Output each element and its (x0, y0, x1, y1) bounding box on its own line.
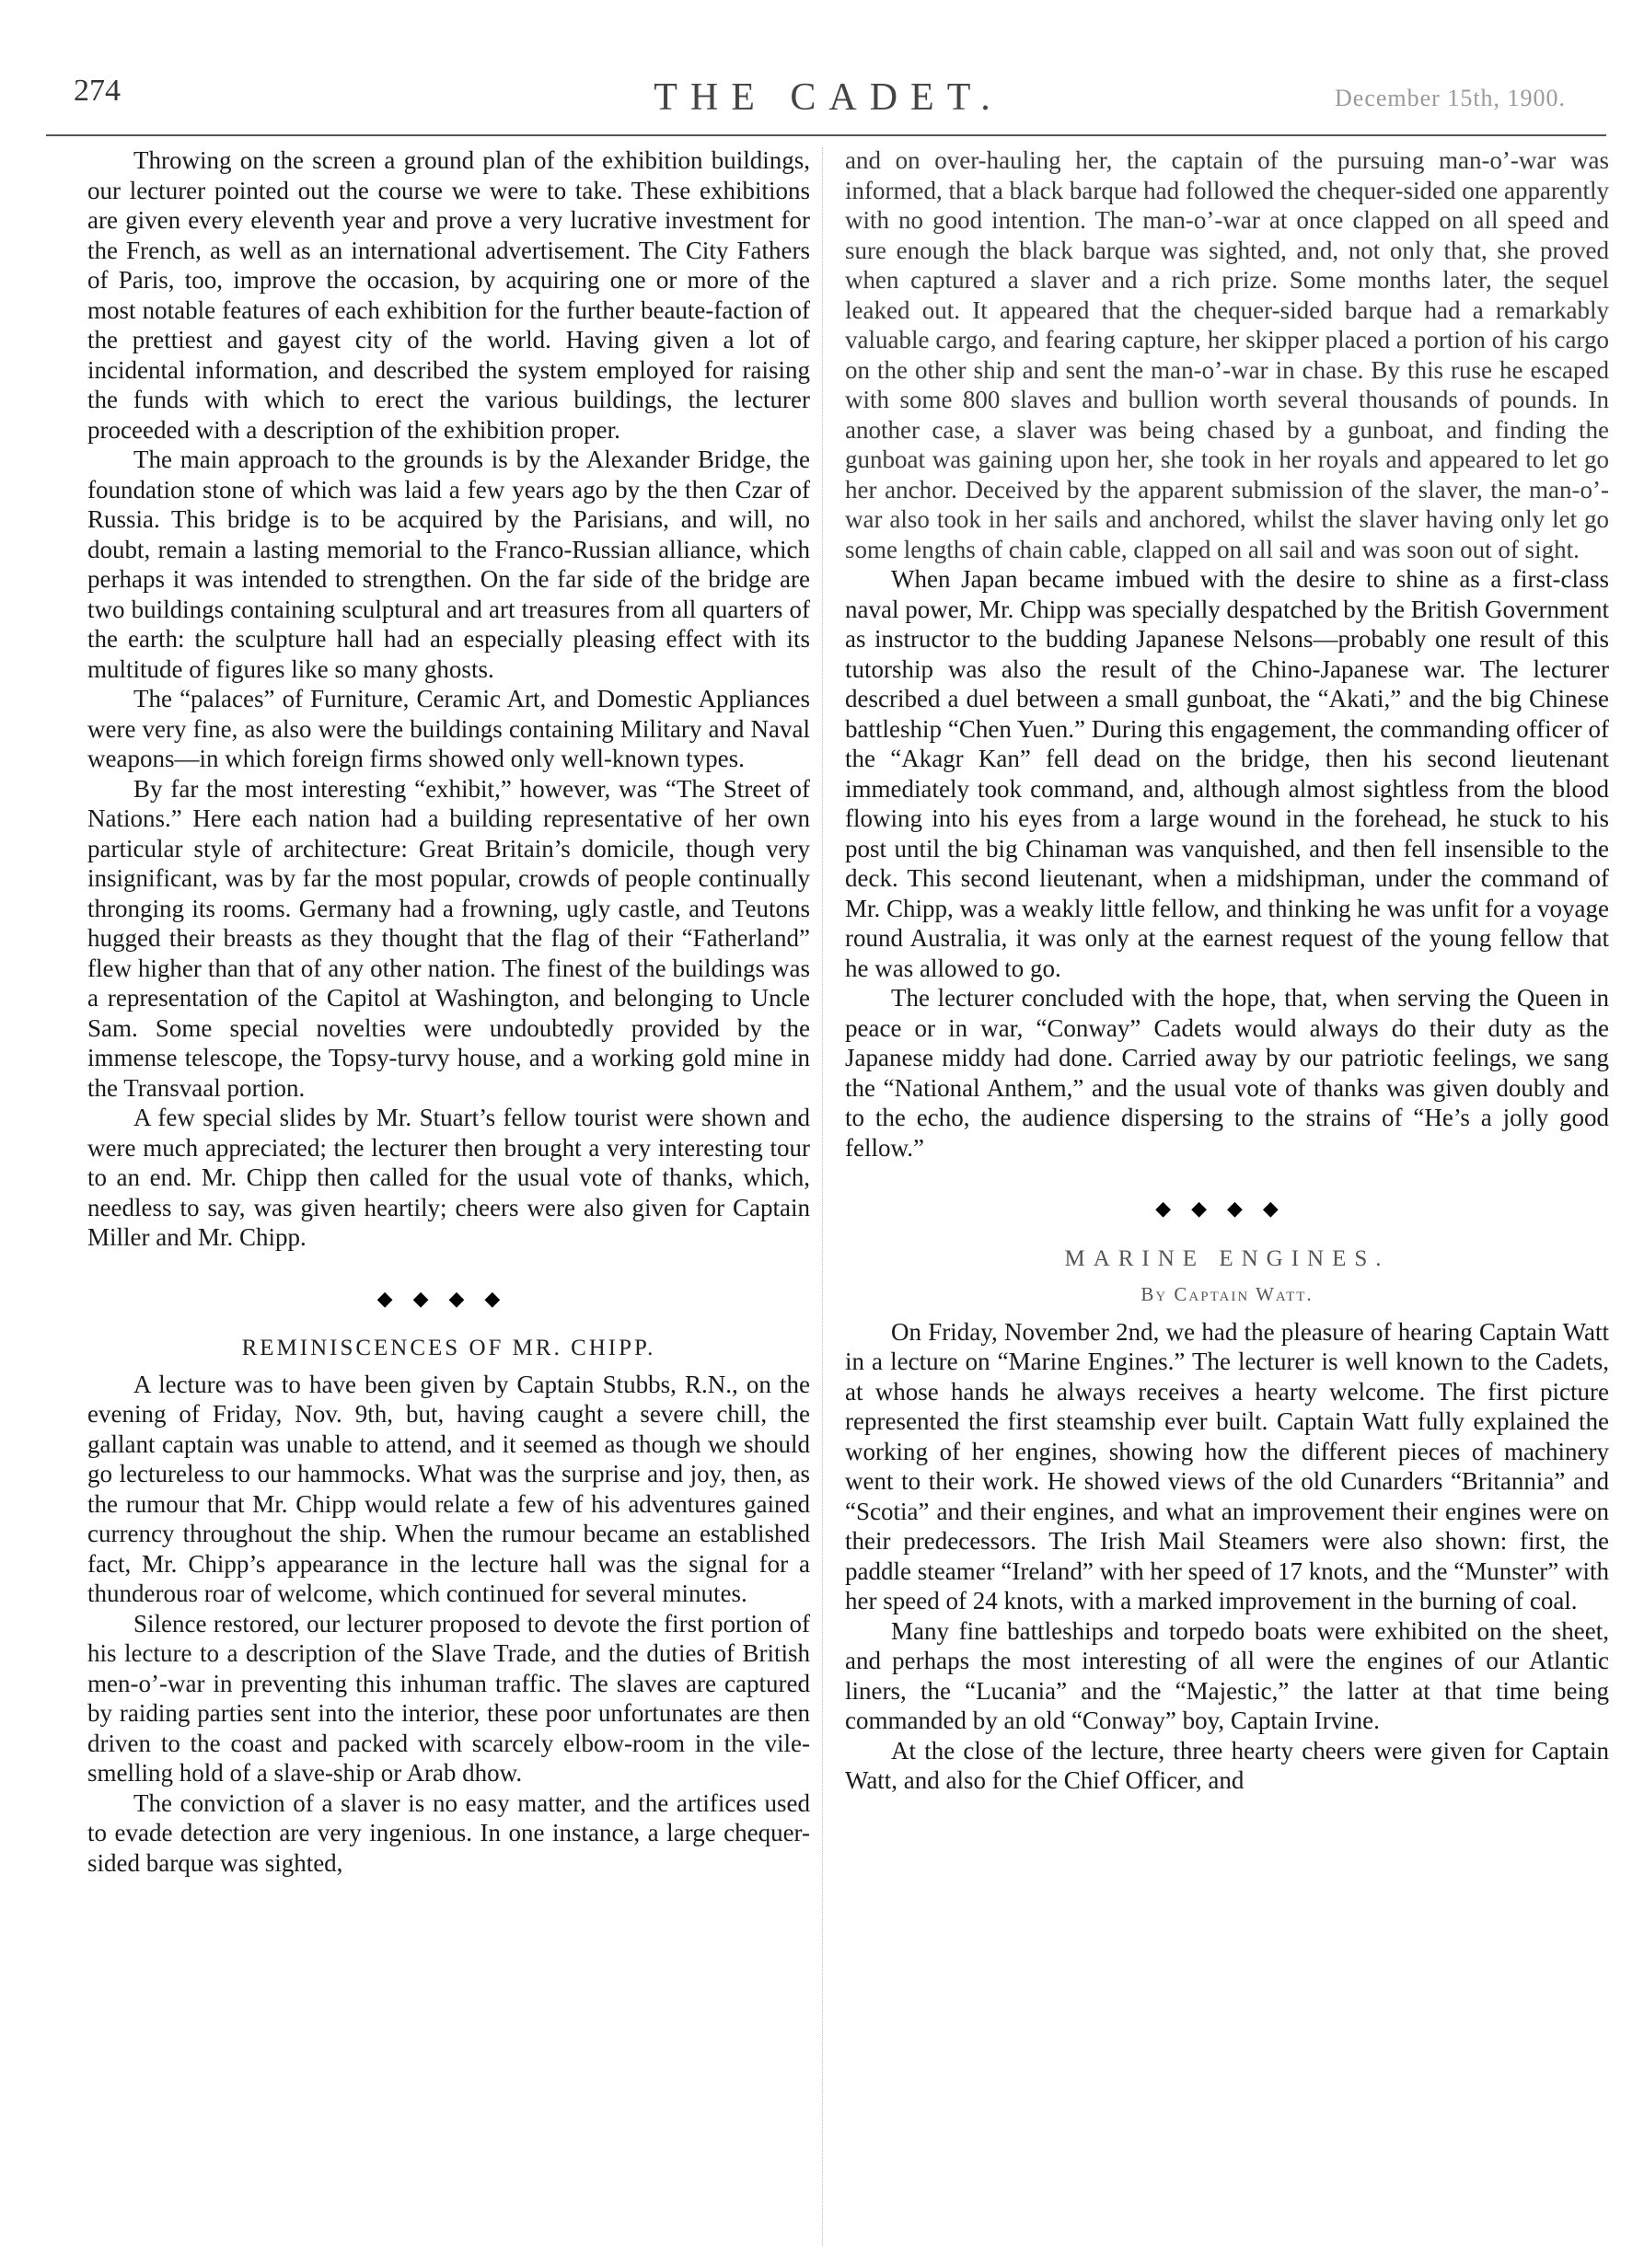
header-rule (46, 134, 1606, 136)
paragraph: Silence restored, our lecturer proposed … (87, 1609, 810, 1788)
paragraph: The conviction of a slaver is no easy ma… (87, 1788, 810, 1879)
paragraph: The main approach to the grounds is by t… (87, 445, 810, 684)
paragraph: On Friday, November 2nd, we had the plea… (845, 1317, 1609, 1616)
article-paris-exhibition: Throwing on the screen a ground plan of … (87, 145, 810, 1253)
article-reminiscences-continued: and on over-hauling her, the captain of … (845, 145, 1609, 1163)
page-number: 274 (74, 74, 121, 109)
masthead-title: THE CADET. (644, 75, 1013, 120)
right-column: and on over-hauling her, the captain of … (845, 145, 1609, 1796)
paragraph: At the close of the lecture, three heart… (845, 1736, 1609, 1796)
paragraph: When Japan became imbued with the desire… (845, 564, 1609, 983)
issue-date: December 15th, 1900. (1335, 85, 1566, 112)
paragraph: The lecturer concluded with the hope, th… (845, 983, 1609, 1163)
paragraph: and on over-hauling her, the captain of … (845, 145, 1609, 564)
article-marine-engines: MARINE ENGINES. By Captain Watt. On Frid… (845, 1244, 1609, 1796)
article-title: MARINE ENGINES. (845, 1244, 1609, 1275)
paragraph: A few special slides by Mr. Stuart’s fel… (87, 1103, 810, 1253)
paragraph: A lecture was to have been given by Capt… (87, 1370, 810, 1609)
article-reminiscences: REMINISCENCES OF MR. CHIPP. A lecture wa… (87, 1334, 810, 1878)
section-divider-ornament: ◆◆◆◆ (845, 1194, 1609, 1224)
left-column: Throwing on the screen a ground plan of … (87, 145, 810, 1878)
paragraph: The “palaces” of Furniture, Ceramic Art,… (87, 684, 810, 774)
paragraph: Throwing on the screen a ground plan of … (87, 145, 810, 445)
article-byline: By Captain Watt. (845, 1279, 1609, 1310)
section-divider-ornament: ◆◆◆◆ (87, 1284, 810, 1314)
paragraph: Many fine battleships and torpedo boats … (845, 1616, 1609, 1736)
article-title: REMINISCENCES OF MR. CHIPP. (87, 1334, 810, 1364)
paragraph: By far the most interesting “exhibit,” h… (87, 774, 810, 1104)
column-divider (822, 147, 823, 2246)
